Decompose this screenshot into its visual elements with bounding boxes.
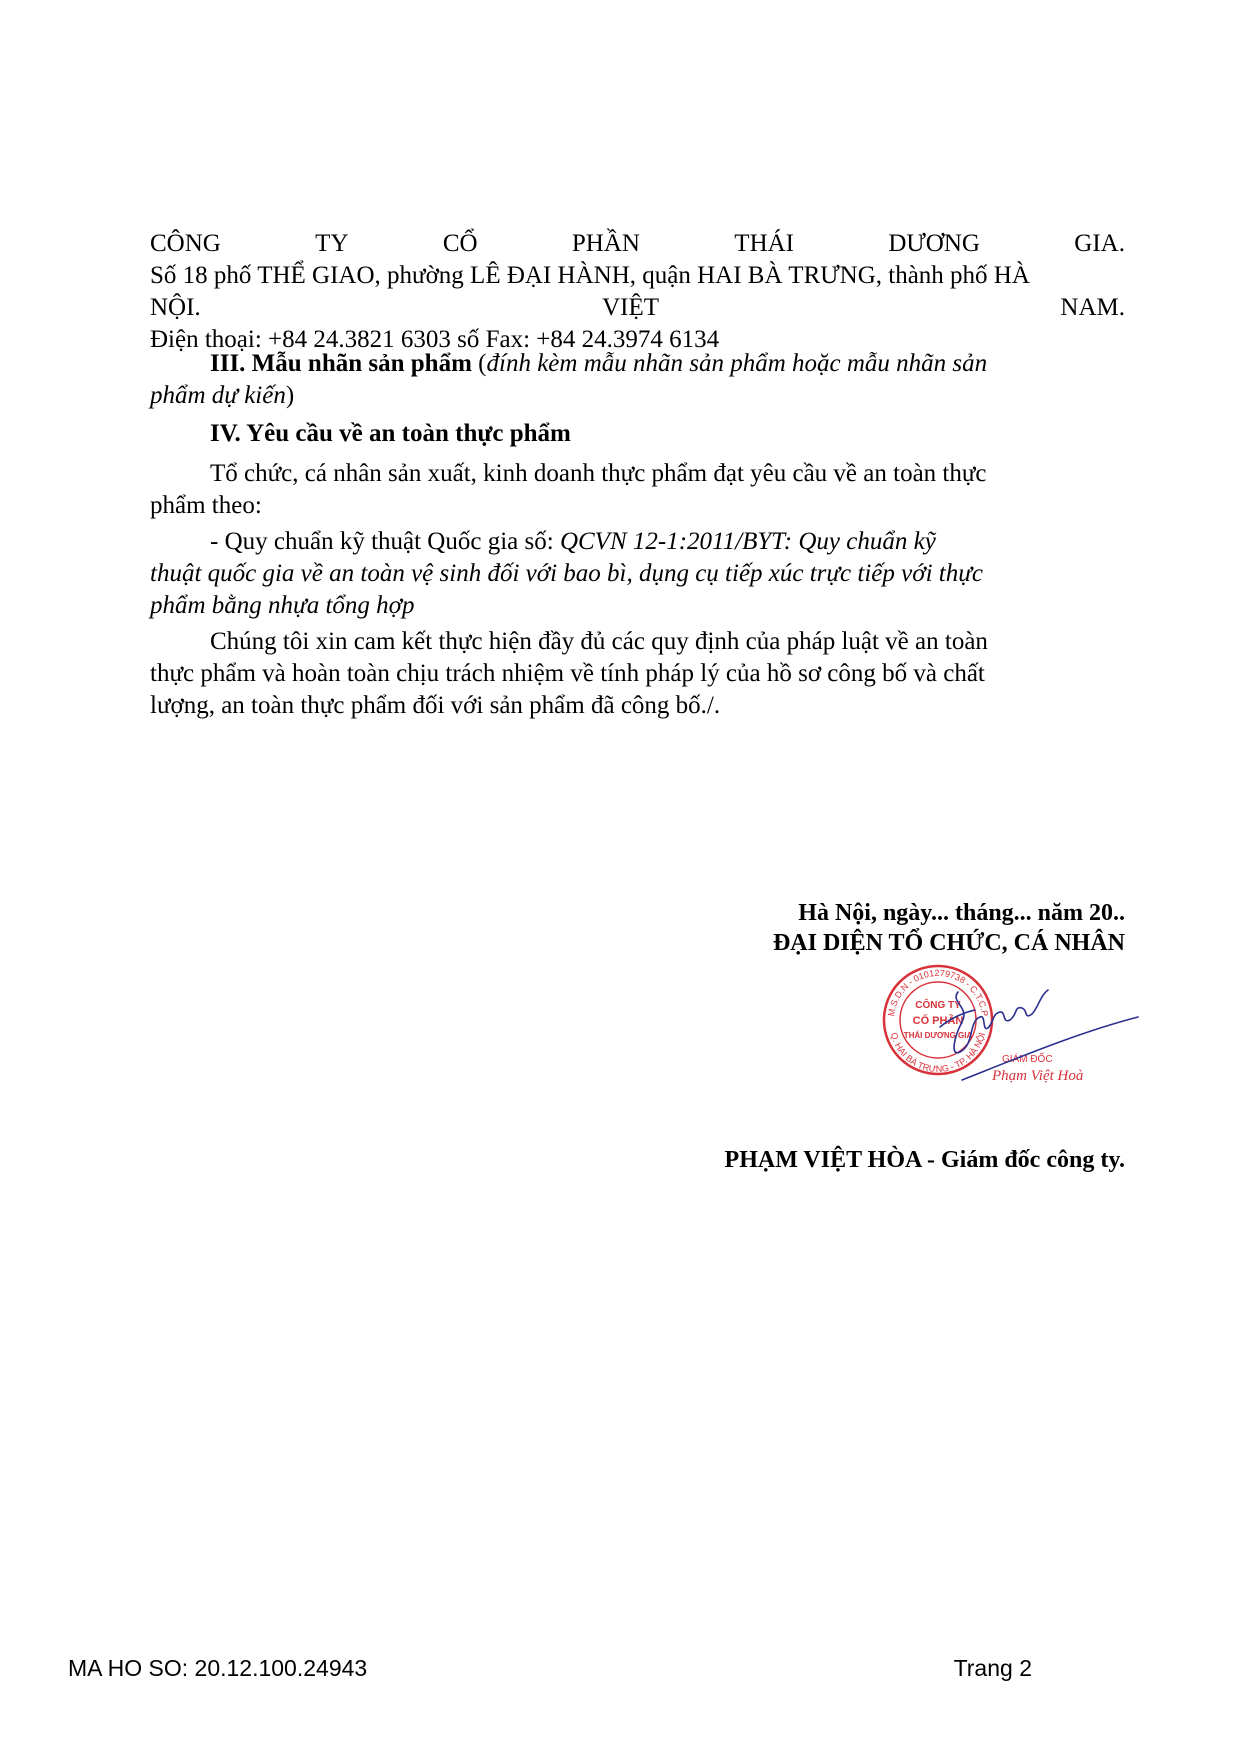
section-4-standard: - Quy chuẩn kỹ thuật Quốc gia số: QCVN 1…	[150, 526, 1125, 622]
section-3-line2: phẩm dự kiến)	[150, 380, 1125, 412]
signature-header: Hà Nội, ngày... tháng... năm 20.. ĐẠI DI…	[773, 898, 1125, 958]
svg-text:GIÁM ĐỐC: GIÁM ĐỐC	[1002, 1051, 1053, 1065]
representative-title: ĐẠI DIỆN TỔ CHỨC, CÁ NHÂN	[773, 928, 1125, 958]
company-name-word: PHẦN	[572, 228, 640, 260]
page-number: Trang 2	[954, 1655, 1032, 1682]
address-word: VIỆT	[602, 292, 659, 324]
company-name-word: TY	[315, 228, 348, 260]
document-page: CÔNGTYCỔPHẦNTHÁIDƯƠNGGIA. Số 18 phố THỂ …	[0, 0, 1240, 1755]
standard-prefix: - Quy chuẩn kỹ thuật Quốc gia số:	[210, 528, 560, 555]
company-name-word: THÁI	[734, 228, 794, 260]
section-4-intro: Tổ chức, cá nhân sản xuất, kinh doanh th…	[150, 458, 1125, 522]
company-address-line2: NỘI.VIỆTNAM.	[150, 292, 1125, 324]
section-3: III. Mẫu nhãn sản phẩm (đính kèm mẫu nhã…	[150, 348, 1125, 412]
place-date: Hà Nội, ngày... tháng... năm 20..	[773, 898, 1125, 928]
company-name-word: GIA.	[1074, 228, 1125, 260]
standard-line1: - Quy chuẩn kỹ thuật Quốc gia số: QCVN 1…	[150, 526, 1125, 558]
company-stamp-and-signature: M.S.D.N - 0101279738 - C.T.C.P Q. HAI BÀ…	[880, 962, 1140, 1097]
signer-line: PHẠM VIỆT HÒA - Giám đốc công ty.	[725, 1145, 1125, 1175]
company-name-word: CỔ	[443, 228, 478, 260]
commitment-line2: thực phẩm và hoàn toàn chịu trách nhiệm …	[150, 658, 1125, 690]
svg-text:Phạm Việt Hoà: Phạm Việt Hoà	[991, 1068, 1083, 1084]
address-word: NỘI.	[150, 292, 201, 324]
commitment: Chúng tôi xin cam kết thực hiện đầy đủ c…	[150, 626, 1125, 722]
section-3-line1: III. Mẫu nhãn sản phẩm (đính kèm mẫu nhã…	[150, 348, 1125, 380]
paren-open: (	[472, 350, 487, 377]
standard-line2: thuật quốc gia về an toàn vệ sinh đối vớ…	[150, 558, 1125, 590]
standard-line3: phẩm bằng nhựa tổng hợp	[150, 590, 1125, 622]
standard-code: QCVN 12-1:2011/BYT: Quy chuẩn kỹ	[560, 528, 936, 555]
company-address-line1: Số 18 phố THỂ GIAO, phường LÊ ĐẠI HÀNH, …	[150, 260, 1125, 292]
address-word: NAM.	[1060, 292, 1125, 324]
paren-close: )	[286, 382, 294, 409]
company-name-word: CÔNG	[150, 228, 221, 260]
section-4-heading: IV. Yêu cầu về an toàn thực phẩm	[150, 418, 1125, 450]
section-3-note: đính kèm mẫu nhãn sản phẩm hoặc mẫu nhãn…	[487, 350, 988, 377]
svg-text:CÔNG TY: CÔNG TY	[915, 998, 961, 1011]
commitment-line1: Chúng tôi xin cam kết thực hiện đầy đủ c…	[150, 626, 1125, 658]
company-name-word: DƯƠNG	[888, 228, 980, 260]
section-4: IV. Yêu cầu về an toàn thực phẩm	[150, 418, 1125, 450]
dossier-code: MA HO SO: 20.12.100.24943	[68, 1655, 367, 1682]
signer-name-title: PHẠM VIỆT HÒA - Giám đốc công ty.	[725, 1145, 1125, 1175]
intro-line1: Tổ chức, cá nhân sản xuất, kinh doanh th…	[150, 458, 1125, 490]
section-3-heading: III. Mẫu nhãn sản phẩm	[210, 350, 472, 377]
svg-text:THÁI DƯƠNG GIA: THÁI DƯƠNG GIA	[904, 1031, 973, 1040]
intro-line2: phẩm theo:	[150, 490, 1125, 522]
stamp-icon: M.S.D.N - 0101279738 - C.T.C.P Q. HAI BÀ…	[880, 962, 1140, 1097]
company-block: CÔNGTYCỔPHẦNTHÁIDƯƠNGGIA. Số 18 phố THỂ …	[150, 228, 1125, 356]
company-name-line: CÔNGTYCỔPHẦNTHÁIDƯƠNGGIA.	[150, 228, 1125, 260]
commitment-line3: lượng, an toàn thực phẩm đối với sản phẩ…	[150, 690, 1125, 722]
section-3-note-cont: phẩm dự kiến	[150, 382, 286, 409]
